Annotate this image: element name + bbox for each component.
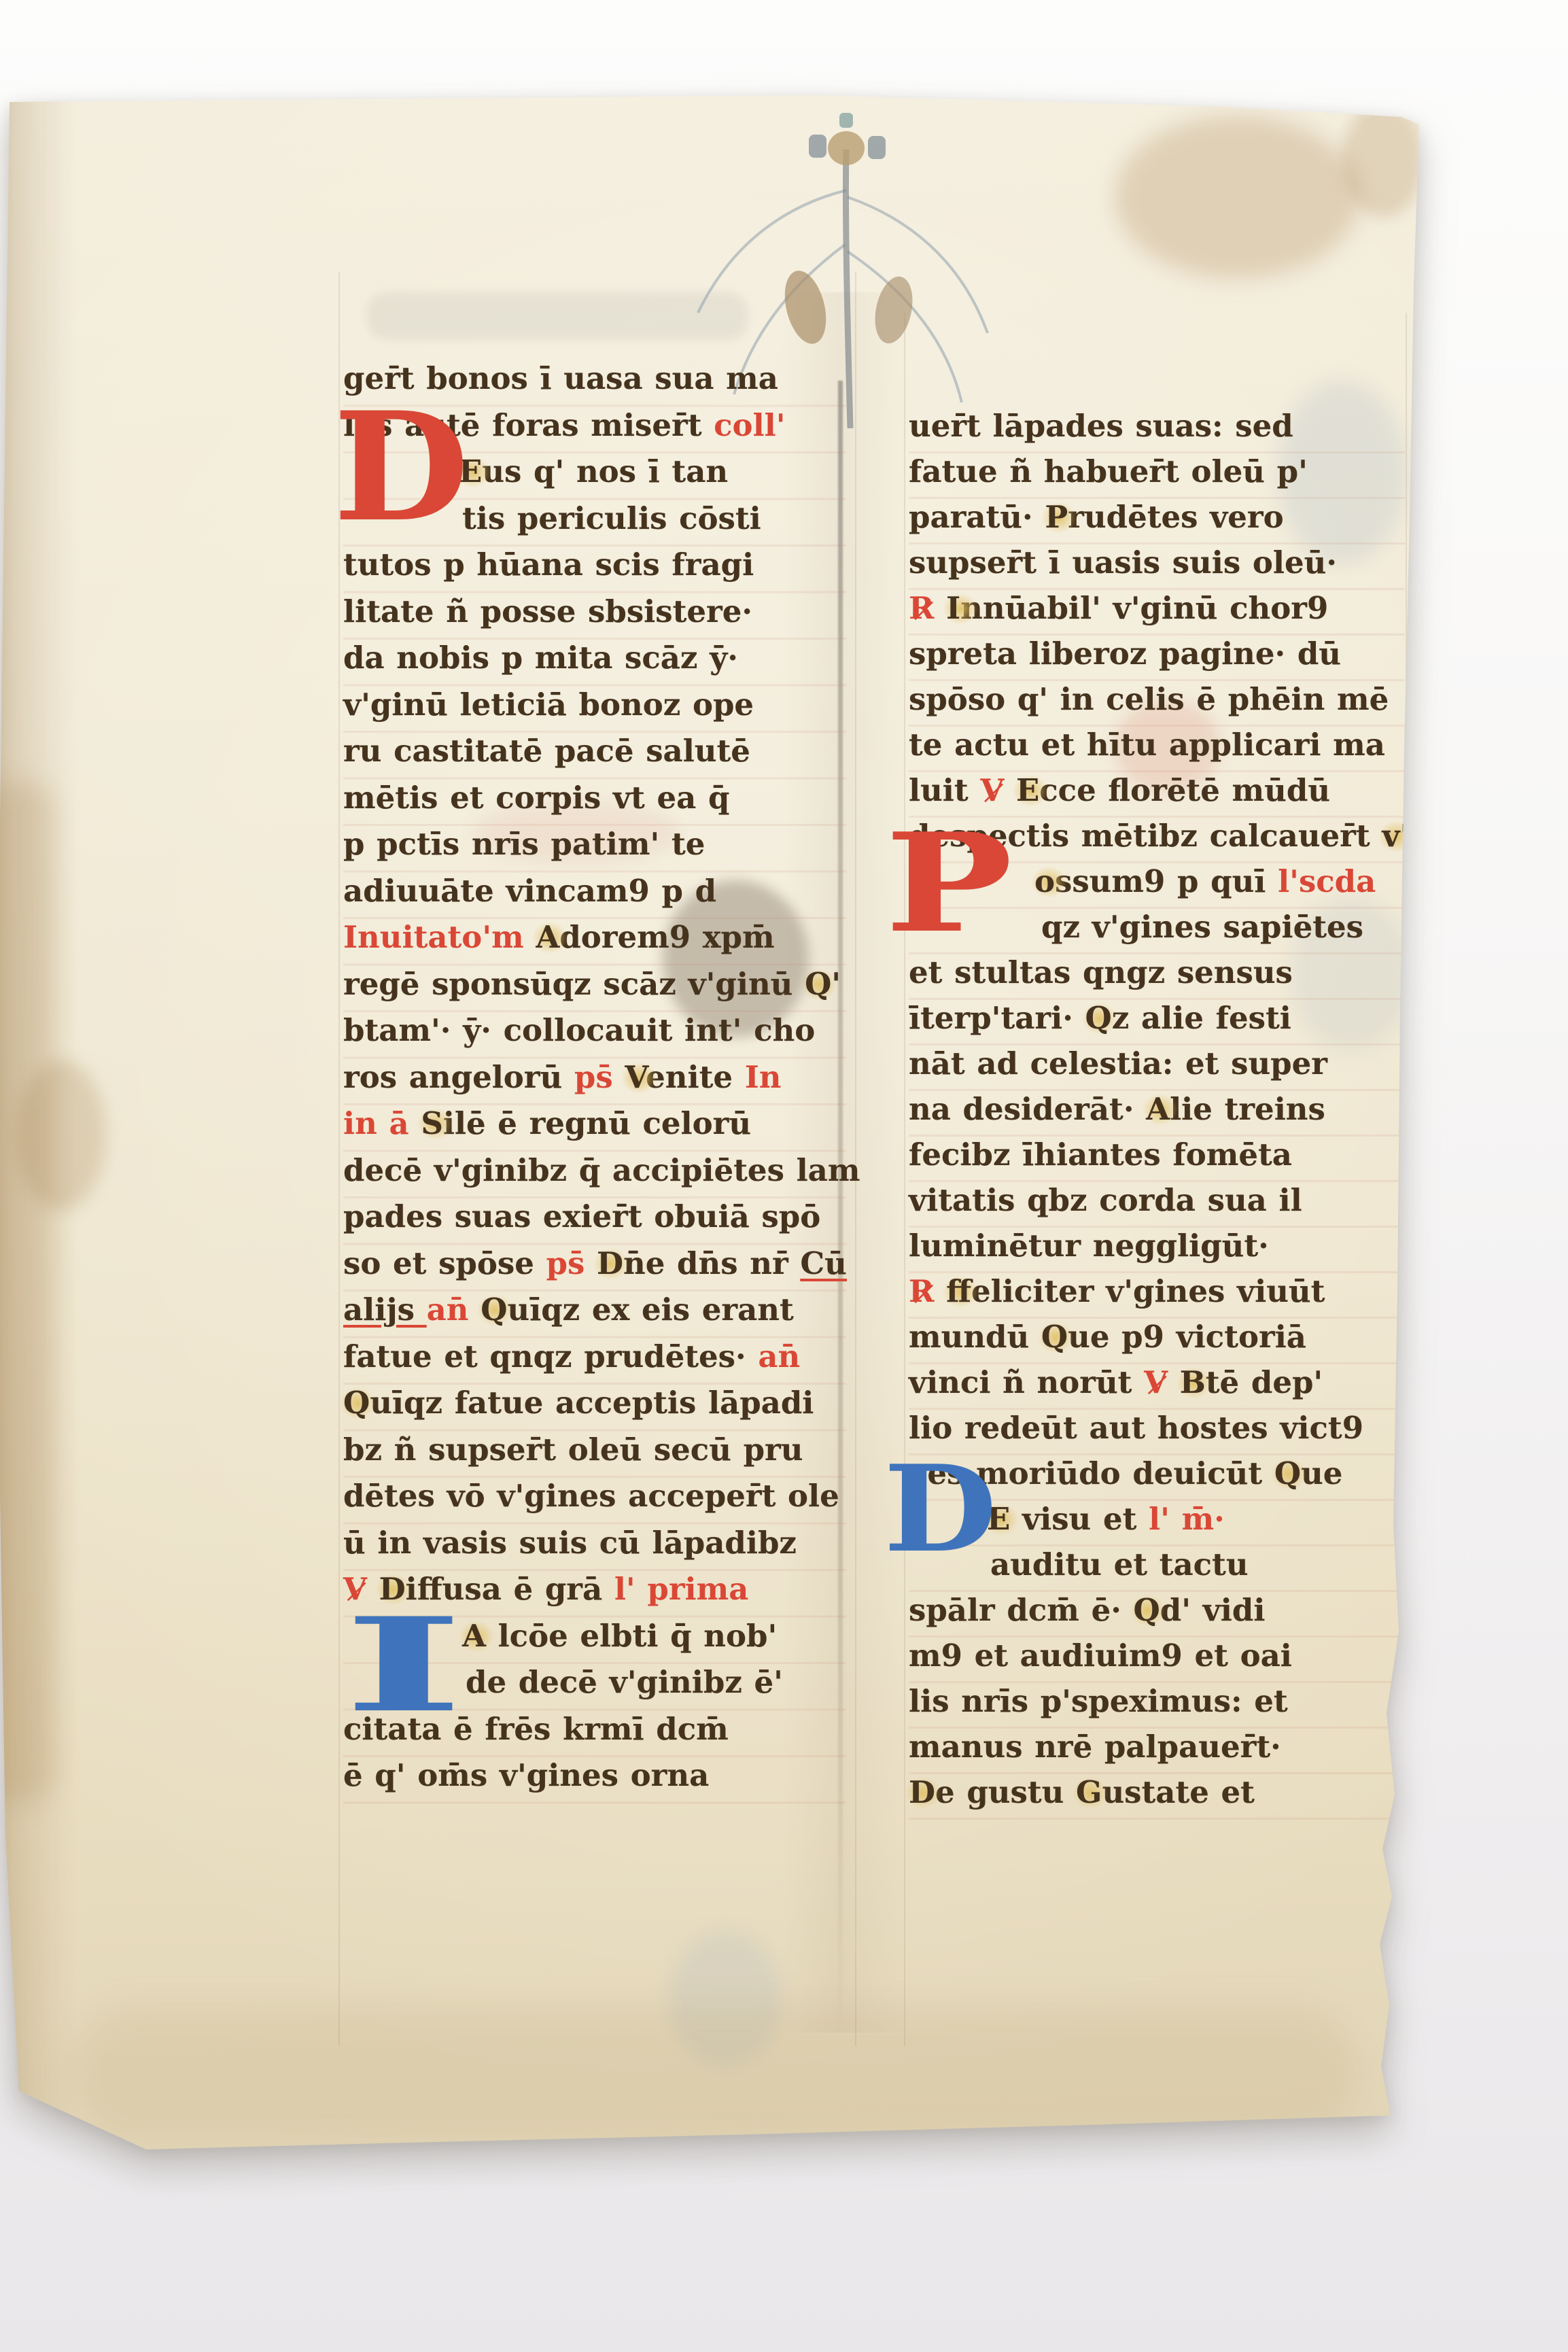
text-run: pades suas exier̄t obuiā spō — [343, 1198, 820, 1234]
text-run: an̄ — [427, 1292, 481, 1328]
text-run: P — [1045, 499, 1068, 535]
text-run: eliciter v'gines viuūt — [971, 1273, 1325, 1309]
text-run: vitatis qbz corda sua il — [909, 1182, 1302, 1218]
text-run: luminētur neggligūt· — [909, 1228, 1269, 1264]
stain-top-right-edge — [1342, 102, 1424, 218]
text-run: V̷ — [1144, 1364, 1180, 1400]
text-run: na desiderāt· — [909, 1091, 1146, 1127]
text-run: fecibz īhiantes fomēta — [909, 1137, 1292, 1173]
text-line: luminētur neggligūt· — [909, 1228, 1405, 1273]
text-line: nāt ad celestia: et super — [909, 1045, 1405, 1091]
ruling-line-right — [1406, 313, 1407, 2046]
text-line: uer̄t lāpades suas: sed — [909, 408, 1405, 453]
ruling-line-right-col — [904, 313, 905, 2046]
text-line: ē q' om̄s v'gines orna — [343, 1757, 846, 1804]
text-run: Q — [481, 1292, 507, 1328]
text-line: regē sponsūqz scāz v'ginū Q' — [343, 966, 846, 1013]
text-run: Inuitato'm — [343, 919, 536, 955]
drop-initial-p: P — [885, 835, 1013, 933]
text-run: tis periculis cōsti — [462, 500, 761, 536]
text-run: īterp'tari· — [909, 1000, 1085, 1036]
photo-backdrop: { "photo": { "backdrop_top": "#fdfdfc", … — [0, 0, 1568, 2352]
drop-initial-i: I — [343, 1619, 464, 1712]
text-run: bz ñ supser̄t oleū secū pru — [343, 1432, 803, 1468]
text-line: vinci ñ norūt V̷ Btē dep' — [909, 1364, 1405, 1410]
text-line: Quīqz fatue acceptis lāpadi — [343, 1385, 846, 1432]
text-run: tē dep' — [1206, 1364, 1323, 1400]
text-run: da nobis p mita scāz ȳ· — [343, 640, 738, 676]
text-run: lie treins — [1170, 1091, 1325, 1127]
text-run: dorem9 xpm̄ — [559, 919, 774, 955]
text-run: lis nrīs p'speximus: et — [909, 1683, 1288, 1719]
text-run: I — [946, 590, 960, 626]
text-run: d' vidi — [1160, 1592, 1266, 1628]
text-run: auditu et tactu — [990, 1546, 1249, 1583]
text-run: uīqz fatue acceptis lāpadi — [370, 1385, 814, 1421]
left-edge-tan-band — [0, 782, 54, 1801]
text-run: o — [1034, 863, 1055, 899]
text-run: nāt ad celestia: et super — [909, 1045, 1327, 1082]
text-line: manus nrē palpauer̄t· — [909, 1729, 1405, 1774]
text-run: visu et — [1010, 1501, 1149, 1537]
text-line: fatue ñ habuer̄t oleū p' — [909, 453, 1405, 499]
manuscript-leaf-wrapper: ger̄t bonos ī uasa sua malos autē foras … — [0, 0, 1568, 2352]
text-line: in ā Silē ē regnū celorū — [343, 1105, 846, 1152]
text-run: ps̄ — [546, 1245, 597, 1281]
left-margin-stain — [17, 1060, 105, 1210]
text-run: Cū — [800, 1245, 847, 1281]
drop-initial-d: D — [333, 413, 469, 521]
text-line: vitatis qbz corda sua il — [909, 1182, 1405, 1228]
text-run: ustate et — [1102, 1774, 1255, 1810]
text-run: nnūabil' v'ginū chor9 — [960, 590, 1328, 626]
text-line: R̷ ffeliciter v'gines viuūt — [909, 1273, 1405, 1319]
text-line: spōso q' in celis ē phēin mē — [909, 681, 1405, 727]
text-line: btam'· ȳ· collocauit int' cho — [343, 1012, 846, 1059]
drop-initial-d: D — [884, 1467, 997, 1553]
text-line: spālr dcm̄ ē· Qd' vidi — [909, 1592, 1405, 1638]
text-run: te actu et hītu applicari ma — [909, 727, 1385, 763]
text-run: coll' — [714, 407, 785, 443]
text-run: uer̄t lāpades suas: sed — [909, 408, 1293, 444]
text-run: v' — [1382, 818, 1409, 854]
text-line: p pctīs nrīs patim' te — [343, 826, 846, 873]
text-line: mundū Que p9 victoriā — [909, 1319, 1405, 1364]
text-line: alijs an̄ Quīqz ex eis erant — [343, 1292, 846, 1338]
text-run: ros angelorū — [343, 1059, 574, 1095]
text-run: R̷ — [909, 590, 946, 626]
text-run: A — [462, 1618, 486, 1654]
text-run: Q — [1041, 1319, 1068, 1355]
text-run: E — [1016, 772, 1039, 808]
text-run: decē v'ginibz q̄ accipiētes lam — [343, 1152, 860, 1188]
text-run: l'scda — [1278, 863, 1376, 899]
text-line: ū in vasis suis cū lāpadibz — [343, 1525, 846, 1572]
bottom-tan-band — [68, 2005, 1359, 2141]
text-run: manus nrē palpauer̄t· — [909, 1729, 1281, 1765]
text-run: R̷ — [909, 1273, 946, 1309]
text-line: da nobis p mita scāz ȳ· — [343, 640, 846, 687]
text-run: l' prima — [614, 1571, 749, 1607]
text-run: fatue et qnqz prudētes· — [343, 1338, 758, 1374]
text-run: alijs — [343, 1292, 427, 1328]
text-line: fecibz īhiantes fomēta — [909, 1137, 1405, 1182]
text-run: dētes vō v'gines acceper̄t ole — [343, 1478, 839, 1514]
text-run: de decē v'ginibz ē' — [466, 1664, 783, 1700]
text-run: D — [909, 1774, 935, 1810]
text-run: l' m̄· — [1149, 1501, 1225, 1537]
text-line: spreta liberoz pagine· dū — [909, 636, 1405, 681]
text-line: fatue et qnqz prudētes· an̄ — [343, 1338, 846, 1385]
text-run: spālr dcm̄ ē· — [909, 1592, 1134, 1628]
text-run: supser̄t ī uasis suis oleū· — [909, 544, 1337, 581]
text-run: ue p9 victoriā — [1068, 1319, 1306, 1355]
text-run: p pctīs nrīs patim' te — [343, 826, 705, 862]
stain-top-right — [1115, 116, 1359, 279]
text-line: m9 et audiuim9 et oai — [909, 1638, 1405, 1683]
text-line: mētis et corpis vt ea q̄ — [343, 780, 846, 827]
text-line: pades suas exier̄t obuiā spō — [343, 1198, 846, 1245]
text-run: ē q' om̄s v'gines orna — [343, 1757, 709, 1793]
text-line: supser̄t ī uasis suis oleū· — [909, 544, 1405, 590]
text-line: īterp'tari· Qz alie festi — [909, 1000, 1405, 1045]
text-run: ps̄ — [574, 1059, 625, 1095]
text-run: e gustu — [935, 1774, 1076, 1810]
text-run: A — [536, 919, 559, 955]
blue-smudge-gutter-bottom — [669, 1931, 782, 2066]
text-run: Q — [1274, 1455, 1301, 1491]
text-run: ilē ē regnū celorū — [443, 1105, 751, 1141]
text-run: Q' — [805, 966, 841, 1002]
text-line: dētes vō v'gines acceper̄t ole — [343, 1478, 846, 1525]
text-run: Q — [1085, 1000, 1112, 1036]
text-run: n̄e dn̄s nr̄ — [623, 1245, 800, 1281]
text-run: regē sponsūqz scāz v'ginū — [343, 966, 805, 1002]
text-run: ssum9 p quī — [1055, 863, 1278, 899]
text-run: ru castitatē pacē salutē — [343, 733, 750, 769]
text-run: S — [421, 1105, 443, 1141]
text-run: v'ginū leticiā bonoz ope — [343, 687, 754, 723]
text-run: ff — [946, 1273, 971, 1309]
text-run: in ā — [343, 1105, 421, 1141]
text-run: litate ñ posse sbsistere· — [343, 593, 752, 629]
text-run: qz v'gines sapiētes — [1041, 909, 1363, 945]
text-line: v'ginū leticiā bonoz ope — [343, 687, 846, 733]
text-line: ru castitatē pacē salutē — [343, 733, 846, 780]
text-run: uīqz ex eis erant — [507, 1292, 793, 1328]
text-line: De gustu Gustate et — [909, 1774, 1405, 1820]
text-run: lcōe elbti q̄ nob' — [486, 1618, 777, 1654]
text-run: ū in vasis suis cū lāpadibz — [343, 1525, 797, 1561]
text-run: z alie festi — [1112, 1000, 1291, 1036]
text-line: bz ñ supser̄t oleū secū pru — [343, 1432, 846, 1478]
text-run: cce florētē mūdū — [1039, 772, 1330, 808]
text-line: Inuitato'm Adorem9 xpm̄ — [343, 919, 846, 966]
text-line: na desiderāt· Alie treins — [909, 1091, 1405, 1137]
text-run: Q — [1134, 1592, 1160, 1628]
text-run: Q — [343, 1385, 370, 1421]
manuscript-leaf: ger̄t bonos ī uasa sua malos autē foras … — [0, 0, 1568, 2352]
text-run: btam'· ȳ· collocauit int' cho — [343, 1012, 815, 1048]
text-run: enite — [646, 1059, 745, 1095]
text-line: paratū· Prudētes vero — [909, 499, 1405, 544]
text-run: us q' nos ī tan — [482, 453, 728, 489]
text-run: D — [597, 1245, 623, 1281]
text-run: A — [1146, 1091, 1170, 1127]
text-run: V — [625, 1059, 646, 1095]
text-run: m9 et audiuim9 et oai — [909, 1638, 1292, 1674]
text-line: lis nrīs p'speximus: et — [909, 1683, 1405, 1729]
text-line: so et spōse ps̄ Dn̄e dn̄s nr̄ Cū — [343, 1245, 846, 1292]
text-run: an̄ — [758, 1338, 800, 1374]
text-run: In — [745, 1059, 782, 1095]
text-line: R̷ Innūabil' v'ginū chor9 — [909, 590, 1405, 636]
text-line: litate ñ posse sbsistere· — [343, 593, 846, 640]
text-run: G — [1076, 1774, 1102, 1810]
text-column-right: uer̄t lāpades suas: sedfatue ñ habuer̄t … — [909, 408, 1405, 1820]
text-run: vinci ñ norūt — [909, 1364, 1144, 1400]
text-run: mundū — [909, 1319, 1041, 1355]
text-run: B — [1180, 1364, 1206, 1400]
text-run: mētis et corpis vt ea q̄ — [343, 780, 729, 816]
text-run: rudētes vero — [1068, 499, 1283, 535]
text-run: so et spōse — [343, 1245, 546, 1281]
text-line: ros angelorū ps̄ Venite In — [343, 1059, 846, 1106]
text-line: decē v'ginibz q̄ accipiētes lam — [343, 1152, 846, 1199]
text-run: fatue ñ habuer̄t oleū p' — [909, 453, 1308, 489]
text-run: spreta liberoz pagine· dū — [909, 636, 1341, 672]
text-run: ue — [1301, 1455, 1342, 1491]
text-line: te actu et hītu applicari ma — [909, 727, 1405, 772]
text-line: adiuuāte vincam9 p d — [343, 873, 846, 920]
text-column-left: ger̄t bonos ī uasa sua malos autē foras … — [343, 360, 846, 1804]
text-run: paratū· — [909, 499, 1045, 535]
text-run: spōso q' in celis ē phēin mē — [909, 681, 1389, 717]
text-run: adiuuāte vincam9 p d — [343, 873, 716, 909]
